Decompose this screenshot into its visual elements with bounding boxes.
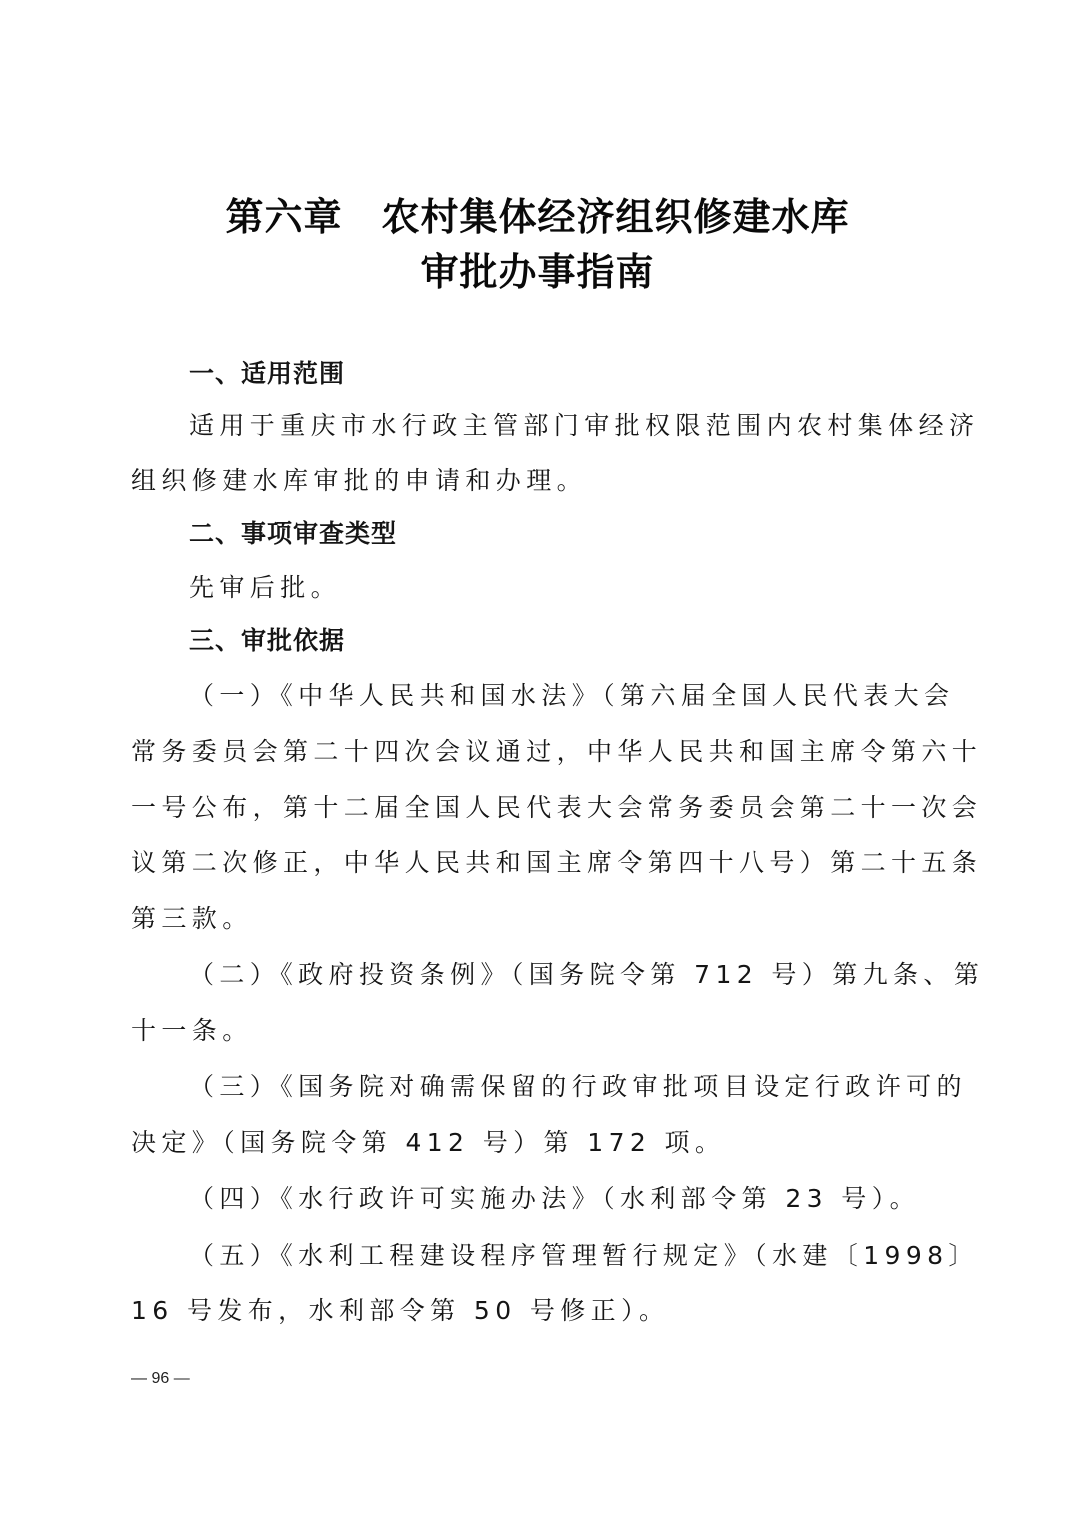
- basis-item-4-line-1: （四）《水行政许可实施办法》（水利部令第 23 号）。: [189, 1183, 1002, 1215]
- scope-text-line-2: 组织修建水库审批的申请和办理。: [131, 465, 944, 497]
- basis-item-1-line-4: 议第二次修正，中华人民共和国主席令第四十八号）第二十五条: [131, 847, 944, 879]
- section-heading-scope: 一、适用范围: [189, 358, 1002, 390]
- document-page: 第六章 农村集体经济组织修建水库 审批办事指南 一、适用范围 适用于重庆市水行政…: [0, 0, 1075, 1519]
- section-heading-legal-basis: 三、审批依据: [189, 625, 1002, 657]
- basis-item-2-line-1: （二）《政府投资条例》（国务院令第 712 号）第九条、第: [189, 959, 944, 991]
- review-type-text: 先审后批。: [189, 572, 1002, 604]
- basis-item-2-line-2: 十一条。: [131, 1015, 944, 1047]
- basis-item-1-line-2: 常务委员会第二十四次会议通过，中华人民共和国主席令第六十: [131, 736, 944, 768]
- basis-item-1-line-3: 一号公布，第十二届全国人民代表大会常务委员会第二十一次会: [131, 792, 944, 824]
- basis-item-1-line-5: 第三款。: [131, 903, 944, 935]
- basis-item-5-line-1: （五）《水利工程建设程序管理暂行规定》（水建〔1998〕: [189, 1240, 944, 1272]
- basis-item-5-line-2: 16 号发布，水利部令第 50 号修正）。: [131, 1295, 944, 1327]
- basis-item-3-line-1: （三）《国务院对确需保留的行政审批项目设定行政许可的: [189, 1071, 944, 1103]
- basis-item-1-line-1: （一）《中华人民共和国水法》（第六届全国人民代表大会: [189, 680, 944, 712]
- section-heading-review-type: 二、事项审查类型: [189, 518, 1002, 550]
- scope-text-line-1: 适用于重庆市水行政主管部门审批权限范围内农村集体经济: [189, 410, 944, 442]
- page-number: — 96 —: [131, 1370, 190, 1388]
- basis-item-3-line-2: 决定》（国务院令第 412 号）第 172 项。: [131, 1127, 944, 1159]
- chapter-title-line-1: 第六章 农村集体经济组织修建水库: [0, 186, 1075, 241]
- chapter-title-line-2: 审批办事指南: [0, 241, 1075, 296]
